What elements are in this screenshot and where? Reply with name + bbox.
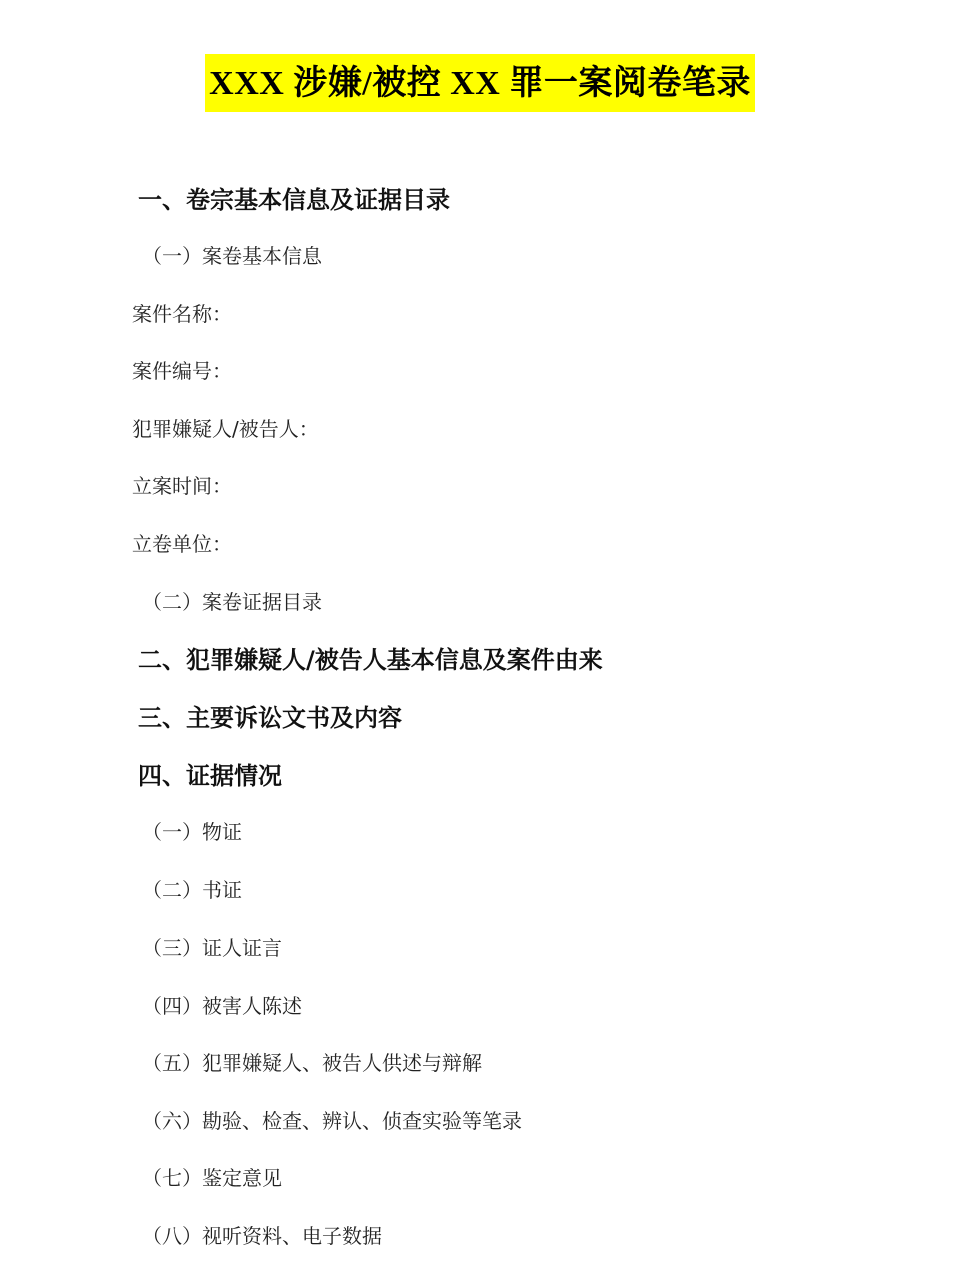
- field-case-name: 案件名称：: [132, 300, 232, 328]
- field-label: 立案时间：: [132, 474, 232, 498]
- field-label: 立卷单位：: [132, 532, 232, 556]
- evidence-item-audiovisual: （八）视听资料、电子数据: [142, 1222, 382, 1250]
- document-title: XXX 涉嫌/被控 XX 罪一案阅卷笔录: [205, 54, 755, 112]
- evidence-item-expert-opinion: （七）鉴定意见: [142, 1164, 282, 1192]
- field-label: 案件编号：: [132, 359, 232, 383]
- evidence-item-witness: （三）证人证言: [142, 934, 282, 962]
- field-suspect: 犯罪嫌疑人/被告人：: [132, 415, 319, 443]
- subsection-heading-basic-info: （一）案卷基本信息: [142, 242, 322, 270]
- section-heading-4: 四、证据情况: [138, 760, 282, 792]
- evidence-item-physical: （一）物证: [142, 818, 242, 846]
- subsection-heading-evidence-catalog: （二）案卷证据目录: [142, 588, 322, 616]
- title-container: XXX 涉嫌/被控 XX 罪一案阅卷笔录: [0, 54, 960, 112]
- field-label: 犯罪嫌疑人/被告人：: [132, 417, 319, 441]
- field-filing-unit: 立卷单位：: [132, 530, 232, 558]
- section-heading-2: 二、犯罪嫌疑人/被告人基本信息及案件由来: [138, 644, 603, 676]
- evidence-item-documentary: （二）书证: [142, 876, 242, 904]
- evidence-item-victim: （四）被害人陈述: [142, 992, 302, 1020]
- field-case-number: 案件编号：: [132, 357, 232, 385]
- evidence-item-confession: （五）犯罪嫌疑人、被告人供述与辩解: [142, 1049, 482, 1077]
- field-filing-date: 立案时间：: [132, 472, 232, 500]
- section-heading-3: 三、主要诉讼文书及内容: [138, 702, 402, 734]
- field-label: 案件名称：: [132, 302, 232, 326]
- evidence-item-inspection: （六）勘验、检查、辨认、侦查实验等笔录: [142, 1107, 522, 1135]
- section-heading-1: 一、卷宗基本信息及证据目录: [138, 184, 450, 216]
